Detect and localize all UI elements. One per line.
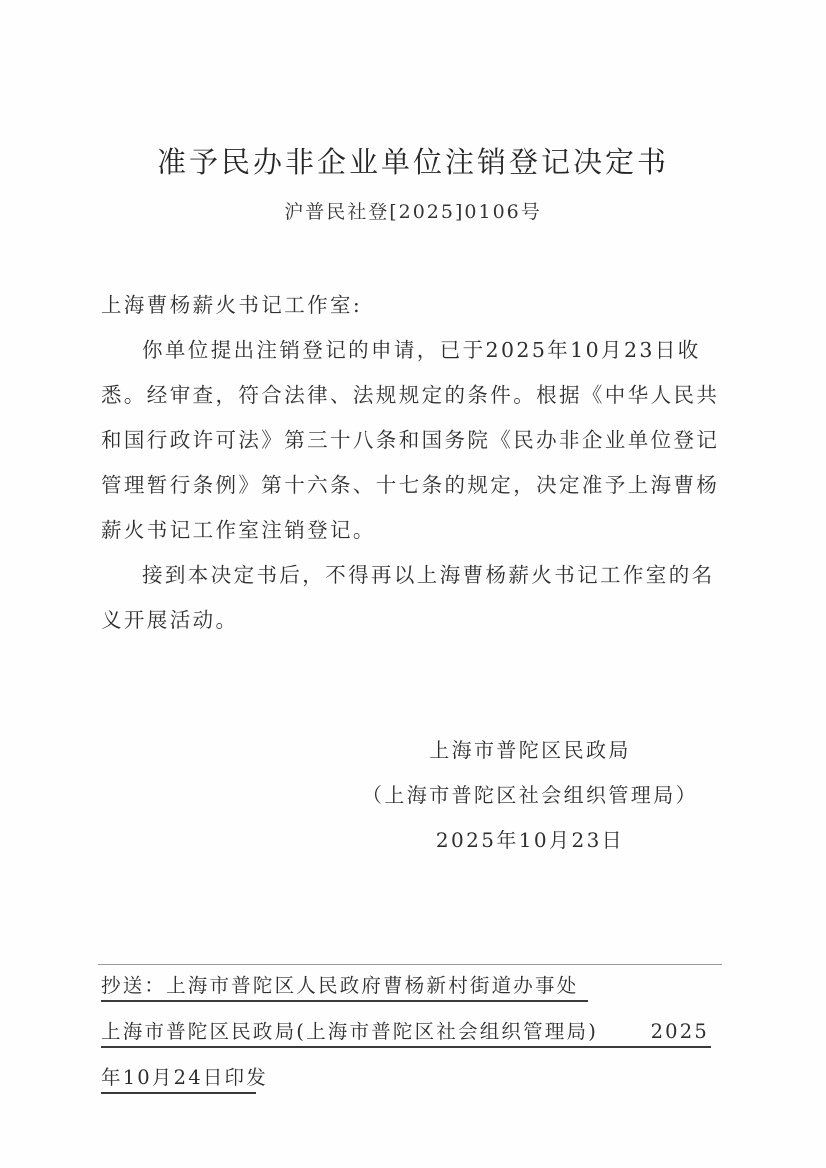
print-date: 年10月24日印发: [101, 1064, 256, 1094]
cc-recipients: 抄送：上海市普陀区人民政府曹杨新村街道办事处: [101, 972, 588, 1002]
document-page: 准予民办非企业单位注销登记决定书 沪普民社登[2025]0106号 上海曹杨薪火…: [0, 0, 826, 1168]
document-number: 沪普民社登[2025]0106号: [0, 197, 826, 224]
document-title: 准予民办非企业单位注销登记决定书: [0, 140, 826, 181]
signature-block: 上海市普陀区民政局 （上海市普陀区社会组织管理局） 2025年10月23日: [340, 728, 720, 863]
issuer-alt-name: （上海市普陀区社会组织管理局）: [340, 773, 720, 818]
print-year: 2025: [651, 1018, 709, 1046]
footer-divider: [98, 964, 722, 965]
issue-date: 2025年10月23日: [340, 818, 720, 863]
body-paragraph-notice: 接到本决定书后，不得再以上海曹杨薪火书记工作室的名义开展活动。: [101, 553, 725, 643]
addressee: 上海曹杨薪火书记工作室:: [101, 283, 725, 328]
printer-line: 上海市普陀区民政局(上海市普陀区社会组织管理局) 2025: [101, 1018, 711, 1048]
printer-name: 上海市普陀区民政局(上海市普陀区社会组织管理局): [101, 1020, 598, 1043]
issuer-name: 上海市普陀区民政局: [340, 728, 720, 773]
body-paragraph-decision: 你单位提出注销登记的申请，已于2025年10月23日收悉。经审查，符合法律、法规…: [101, 328, 725, 553]
